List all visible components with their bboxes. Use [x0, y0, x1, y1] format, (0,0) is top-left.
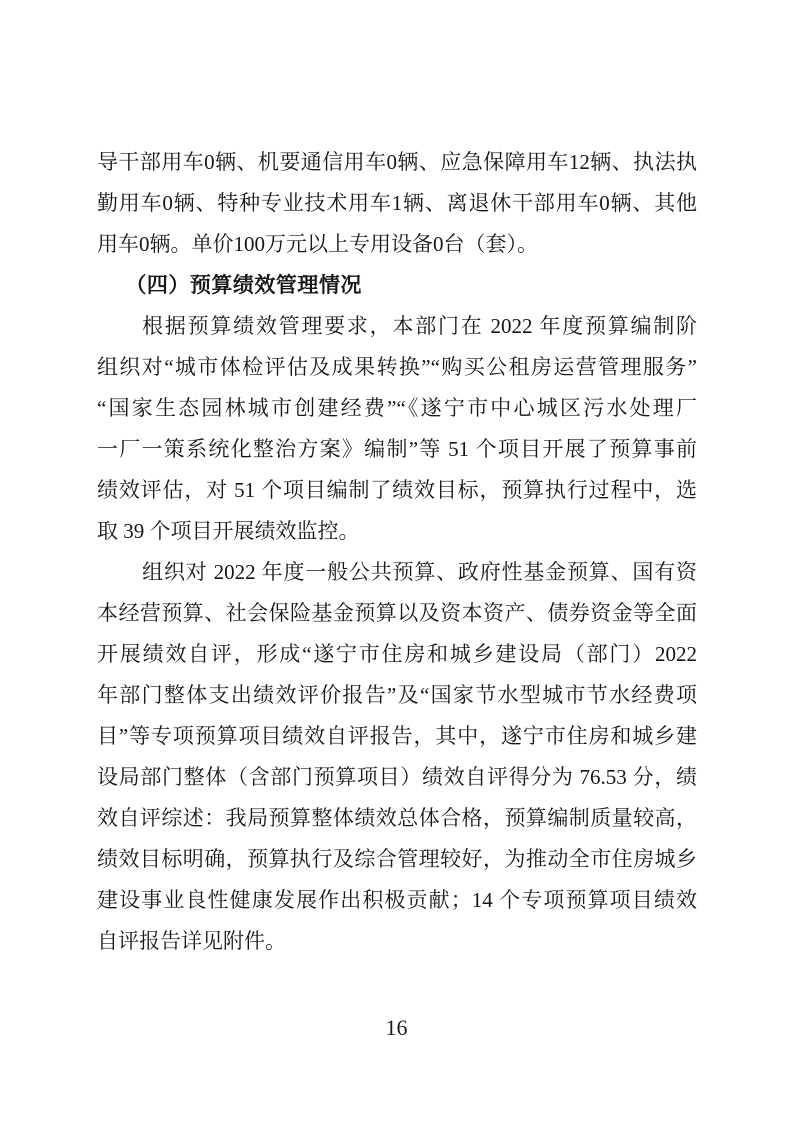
- text-line: 根据预算绩效管理要求，本部门在 2022 年度预算编制阶段，: [97, 306, 697, 347]
- text-line: “国家生态园林城市创建经费”“《遂宁市中心城区污水处理厂: [97, 388, 697, 429]
- text-line: 组织对 2022 年度一般公共预算、政府性基金预算、国有资: [97, 552, 697, 593]
- text-line: 绩效目标明确，预算执行及综合管理较好，为推动全市住房城乡: [97, 839, 697, 880]
- text-line: 组织对“城市体检评估及成果转换”“购买公租房运营管理服务”: [97, 347, 697, 388]
- section-heading: （四）预算绩效管理情况: [97, 265, 697, 306]
- text-line: 自评报告详见附件。: [97, 921, 697, 962]
- page-footer: 16: [0, 1012, 793, 1044]
- text-line: 一厂一策系统化整治方案》编制”等 51 个项目开展了预算事前: [97, 429, 697, 470]
- text-line: 取 39 个项目开展绩效监控。: [97, 511, 697, 552]
- text-line: 绩效评估，对 51 个项目编制了绩效目标，预算执行过程中，选: [97, 470, 697, 511]
- paragraph-vehicle-continuation: 导干部用车0辆、机要通信用车0辆、应急保障用车12辆、执法执 勤用车0辆、特种专…: [97, 142, 697, 265]
- text-line: 本经营预算、社会保险基金预算以及资本资产、债券资金等全面: [97, 593, 697, 634]
- text-line: 用车0辆。单价100万元以上专用设备0台（套）。: [97, 224, 697, 265]
- text-line: 设局部门整体（含部门预算项目）绩效自评得分为 76.53 分，绩: [97, 757, 697, 798]
- text-line: 效自评综述：我局预算整体绩效总体合格，预算编制质量较高，: [97, 798, 697, 839]
- paragraph-self-evaluation: 组织对 2022 年度一般公共预算、政府性基金预算、国有资 本经营预算、社会保险…: [97, 552, 697, 962]
- text-line: 开展绩效自评，形成“遂宁市住房和城乡建设局（部门）2022: [97, 634, 697, 675]
- text-line: 年部门整体支出绩效评价报告”及“国家节水型城市节水经费项: [97, 675, 697, 716]
- paragraph-pre-evaluation: 根据预算绩效管理要求，本部门在 2022 年度预算编制阶段， 组织对“城市体检评…: [97, 306, 697, 552]
- heading-section-4: （四）预算绩效管理情况: [97, 265, 697, 306]
- document-page: 导干部用车0辆、机要通信用车0辆、应急保障用车12辆、执法执 勤用车0辆、特种专…: [0, 0, 793, 1122]
- text-line: 目”等专项预算项目绩效自评报告，其中，遂宁市住房和城乡建: [97, 716, 697, 757]
- text-line: 建设事业良性健康发展作出积极贡献；14 个专项预算项目绩效: [97, 880, 697, 921]
- page-number: 16: [386, 1015, 408, 1040]
- text-line: 勤用车0辆、特种专业技术用车1辆、离退休干部用车0辆、其他: [97, 183, 697, 224]
- text-line: 导干部用车0辆、机要通信用车0辆、应急保障用车12辆、执法执: [97, 142, 697, 183]
- body-text: 导干部用车0辆、机要通信用车0辆、应急保障用车12辆、执法执 勤用车0辆、特种专…: [97, 142, 697, 962]
